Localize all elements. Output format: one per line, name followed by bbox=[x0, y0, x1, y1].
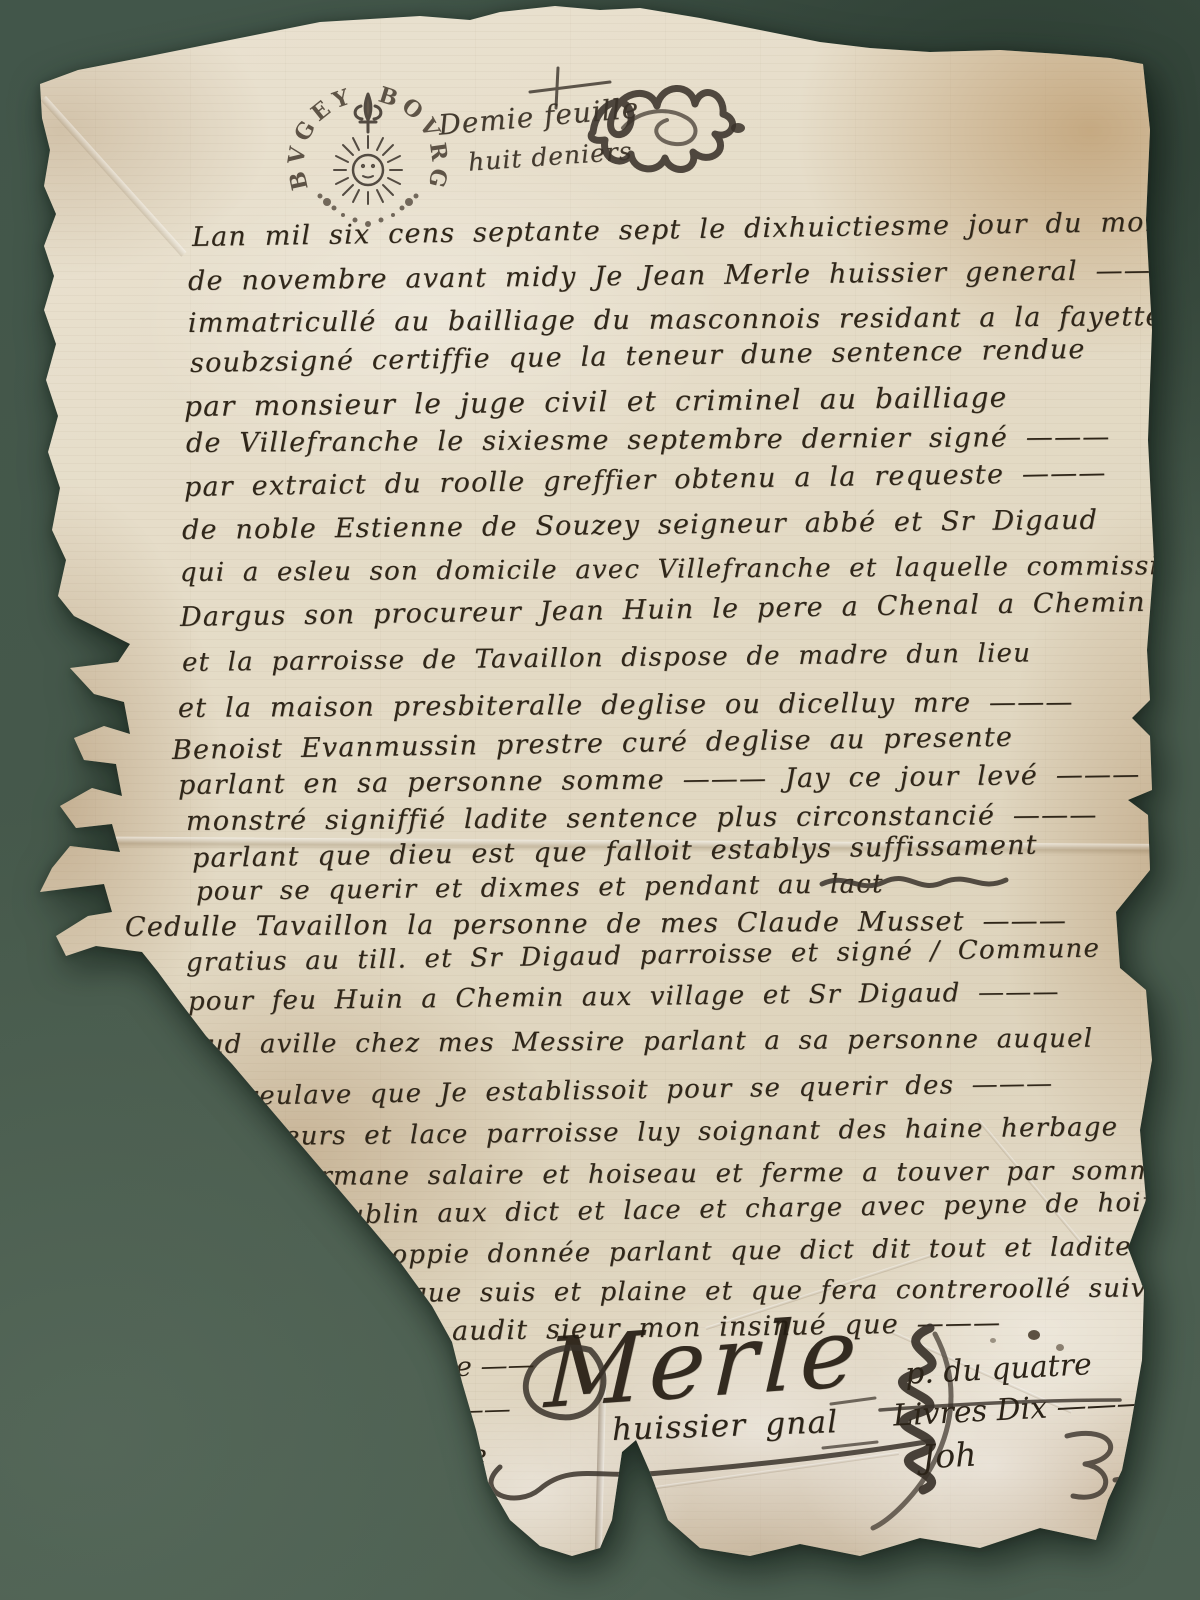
svg-text:BVGEY: BVGEY bbox=[283, 83, 357, 193]
manuscript-line: permane salaire et hoiseau et ferme a to… bbox=[285, 1156, 1145, 1192]
manuscript-line: pour se querir et dixmes et pendant au l… bbox=[196, 869, 884, 907]
manuscript-line: et coppie donnée parlant que dict dit to… bbox=[330, 1232, 1132, 1271]
manuscript-line: sieurs et lace parroisse luy soignant de… bbox=[260, 1112, 1119, 1152]
manuscript-line: soubzsigné certiffie que la teneur dune … bbox=[190, 334, 1085, 379]
margin-fragment-1: azette —— bbox=[388, 1349, 536, 1385]
manuscript-line: de Villefranche le sixiesme septembre de… bbox=[186, 422, 1106, 459]
manuscript-line: parlant en sa personne somme ——— Jay ce … bbox=[178, 759, 1108, 801]
manuscript-line: par monsieur le juge civil et criminel a… bbox=[184, 381, 1008, 423]
manuscript-line: pour feu Huin a Chemin aux village et Sr… bbox=[188, 977, 1060, 1017]
margin-fragment-3: ouchesse bbox=[351, 1438, 487, 1477]
corner-fold-crease bbox=[41, 96, 187, 257]
manuscript-paper-wrap: BVGEY BOVRG bbox=[0, 0, 1200, 1600]
manuscript-line: qui a esleu son domicile avec Villefranc… bbox=[180, 551, 1125, 588]
fleur-de-lis-icon bbox=[355, 94, 381, 132]
manuscript-line: et la maison presbiteralle deglise ou di… bbox=[178, 687, 1068, 724]
manuscript-line: par extraict du roolle greffier obtenu a… bbox=[184, 458, 1107, 503]
manuscript-line: aud aville chez mes Messire parlant a sa… bbox=[190, 1024, 1090, 1060]
stamp-arc-left-text: BVGEY bbox=[283, 83, 357, 193]
manuscript-line: et la parroisse de Tavaillon dispose de … bbox=[182, 638, 1031, 678]
fee-note-3: Joh bbox=[921, 1435, 977, 1477]
manuscript-line: de noble Estienne de Souzey seigneur abb… bbox=[182, 505, 1098, 546]
manuscript-line: immatricullé au bailliage du masconnois … bbox=[188, 302, 1103, 339]
manuscript-paper: BVGEY BOVRG bbox=[0, 0, 1200, 1600]
ornamental-knot-icon bbox=[583, 70, 748, 195]
manuscript-line: Dargus son procureur Jean Huin le pere a… bbox=[180, 587, 1120, 633]
margin-fragment-2: ller ——— bbox=[375, 1394, 512, 1430]
photo-background: BVGEY BOVRG bbox=[0, 0, 1200, 1600]
strike-scribble-icon bbox=[818, 868, 1013, 898]
manuscript-line: troublin aux dict et lace et charge avec… bbox=[305, 1188, 1150, 1231]
sun-face-icon bbox=[334, 136, 402, 204]
manuscript-line: de novembre avant midy Je Jean Merle hui… bbox=[188, 256, 1093, 297]
manuscript-line: Jayeulave que Je establissoit pour se qu… bbox=[215, 1069, 1054, 1112]
manuscript-line: Benoist Evanmussin prestre curé deglise … bbox=[172, 722, 1014, 766]
